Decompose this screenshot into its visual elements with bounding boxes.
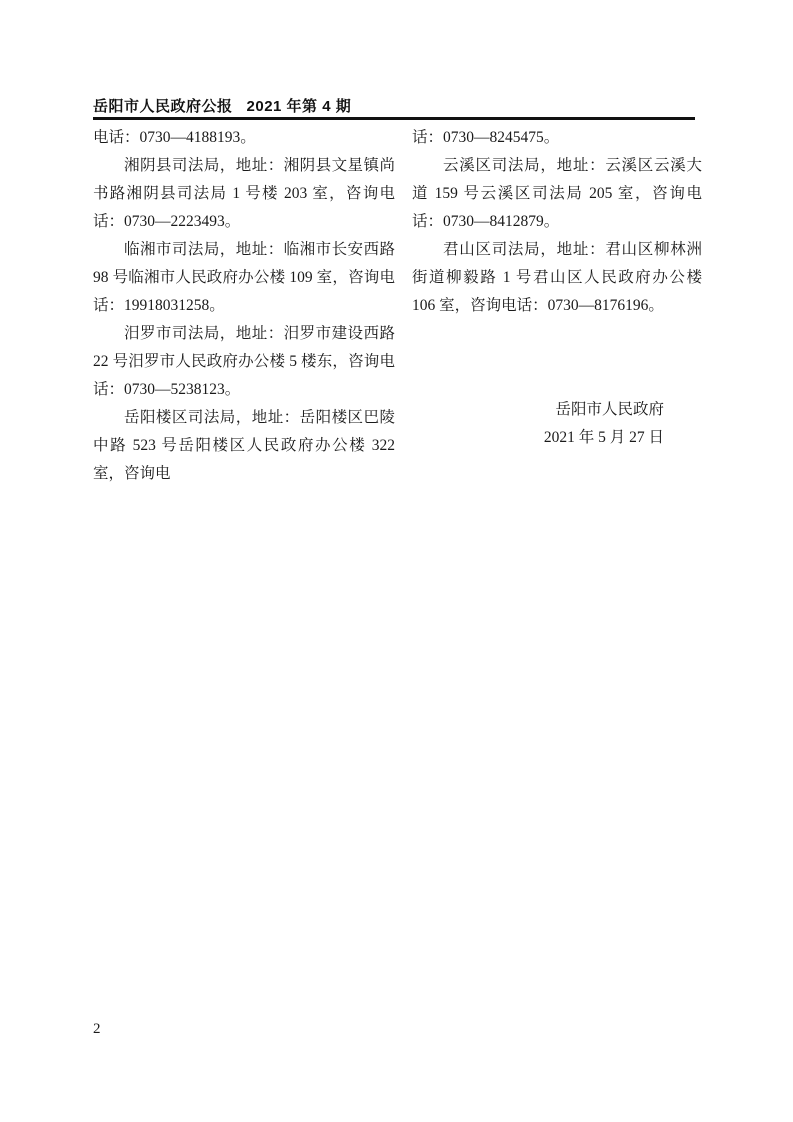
signature-date: 2021 年 5 月 27 日: [412, 424, 664, 452]
gazette-page: 岳阳市人民政府公报2021 年第 4 期 电话：0730—4188193。 湘阴…: [0, 0, 793, 1122]
content-columns: 电话：0730—4188193。 湘阴县司法局，地址：湘阴县文星镇尚书路湘阴县司…: [93, 124, 702, 488]
gazette-title: 岳阳市人民政府公报: [93, 98, 233, 115]
signature-block: 岳阳市人民政府 2021 年 5 月 27 日: [412, 396, 702, 452]
right-column: 话：0730—8245475。 云溪区司法局，地址：云溪区云溪大道 159 号云…: [412, 124, 702, 488]
paragraph-continuation: 话：0730—8245475。: [412, 124, 702, 152]
left-column: 电话：0730—4188193。 湘阴县司法局，地址：湘阴县文星镇尚书路湘阴县司…: [93, 124, 395, 488]
page-header: 岳阳市人民政府公报2021 年第 4 期: [93, 95, 695, 116]
paragraph-xiangyin: 湘阴县司法局，地址：湘阴县文星镇尚书路湘阴县司法局 1 号楼 203 室，咨询电…: [93, 152, 395, 236]
header-divider: [93, 117, 695, 120]
paragraph-junshan: 君山区司法局，地址：君山区柳林洲街道柳毅路 1 号君山区人民政府办公楼 106 …: [412, 236, 702, 320]
paragraph-miluo: 汨罗市司法局，地址：汨罗市建设西路 22 号汨罗市人民政府办公楼 5 楼东，咨询…: [93, 320, 395, 404]
paragraph-continuation: 电话：0730—4188193。: [93, 124, 395, 152]
gazette-issue: 2021 年第 4 期: [247, 98, 352, 115]
signature-name: 岳阳市人民政府: [412, 396, 664, 424]
paragraph-yunxi: 云溪区司法局，地址：云溪区云溪大道 159 号云溪区司法局 205 室，咨询电话…: [412, 152, 702, 236]
page-number: 2: [93, 1021, 101, 1038]
paragraph-linxiang: 临湘市司法局，地址：临湘市长安西路 98 号临湘市人民政府办公楼 109 室，咨…: [93, 236, 395, 320]
paragraph-yueyanglou: 岳阳楼区司法局，地址：岳阳楼区巴陵中路 523 号岳阳楼区人民政府办公楼 322…: [93, 404, 395, 488]
